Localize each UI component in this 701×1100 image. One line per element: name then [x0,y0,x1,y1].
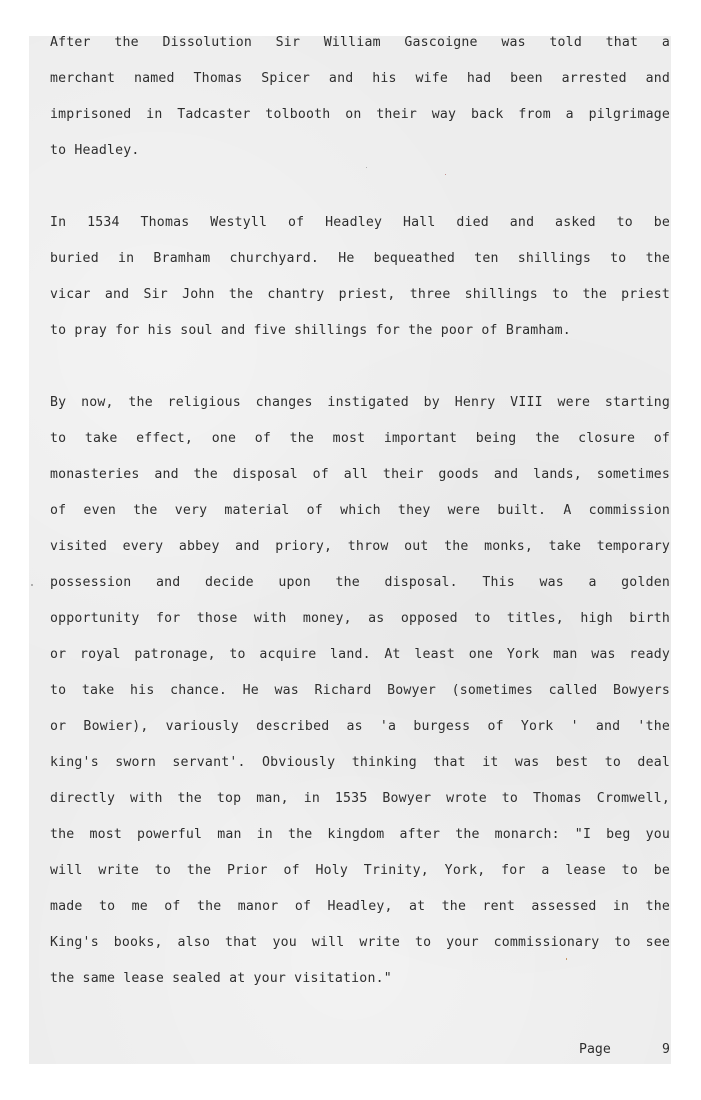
text-line: possession and decide upon the disposal.… [50,565,670,601]
paragraph-westyll: In 1534 Thomas Westyll of Headley Hall d… [50,205,670,349]
scan-speck [31,584,33,586]
text-line: to pray for his soul and five shillings … [50,313,670,349]
text-line: monasteries and the disposal of all thei… [50,457,670,493]
page-label: Page [579,1042,611,1057]
text-line: imprisoned in Tadcaster tolbooth on thei… [50,97,670,133]
scan-speck [445,174,446,175]
scan-speck [566,958,567,960]
text-line: king's sworn servant'. Obviously thinkin… [50,745,670,781]
text-line: King's books, also that you will write t… [50,925,670,961]
text-line: opportunity for those with money, as opp… [50,601,670,637]
text-line: In 1534 Thomas Westyll of Headley Hall d… [50,205,670,241]
text-line: or Bowier), variously described as 'a bu… [50,709,670,745]
text-line: merchant named Thomas Spicer and his wif… [50,61,670,97]
text-line: or royal patronage, to acquire land. At … [50,637,670,673]
text-line: made to me of the manor of Headley, at t… [50,889,670,925]
page-number: 9 [662,1042,670,1057]
text-line: the same lease sealed at your visitation… [50,961,670,997]
text-line: of even the very material of which they … [50,493,670,529]
text-line: the most powerful man in the kingdom aft… [50,817,670,853]
text-line: to take effect, one of the most importan… [50,421,670,457]
page-footer: Page 9 [579,1042,671,1057]
text-line: visited every abbey and priory, throw ou… [50,529,670,565]
text-line: After the Dissolution Sir William Gascoi… [50,25,670,61]
paragraph-dissolution: After the Dissolution Sir William Gascoi… [50,25,670,169]
text-line: vicar and Sir John the chantry priest, t… [50,277,670,313]
text-line: By now, the religious changes instigated… [50,385,670,421]
text-line: buried in Bramham churchyard. He bequeat… [50,241,670,277]
scan-speck [366,167,367,168]
text-line: will write to the Prior of Holy Trinity,… [50,853,670,889]
text-line: to Headley. [50,133,670,169]
text-line: directly with the top man, in 1535 Bowye… [50,781,670,817]
text-line: to take his chance. He was Richard Bowye… [50,673,670,709]
paragraph-bowyer: By now, the religious changes instigated… [50,385,670,997]
